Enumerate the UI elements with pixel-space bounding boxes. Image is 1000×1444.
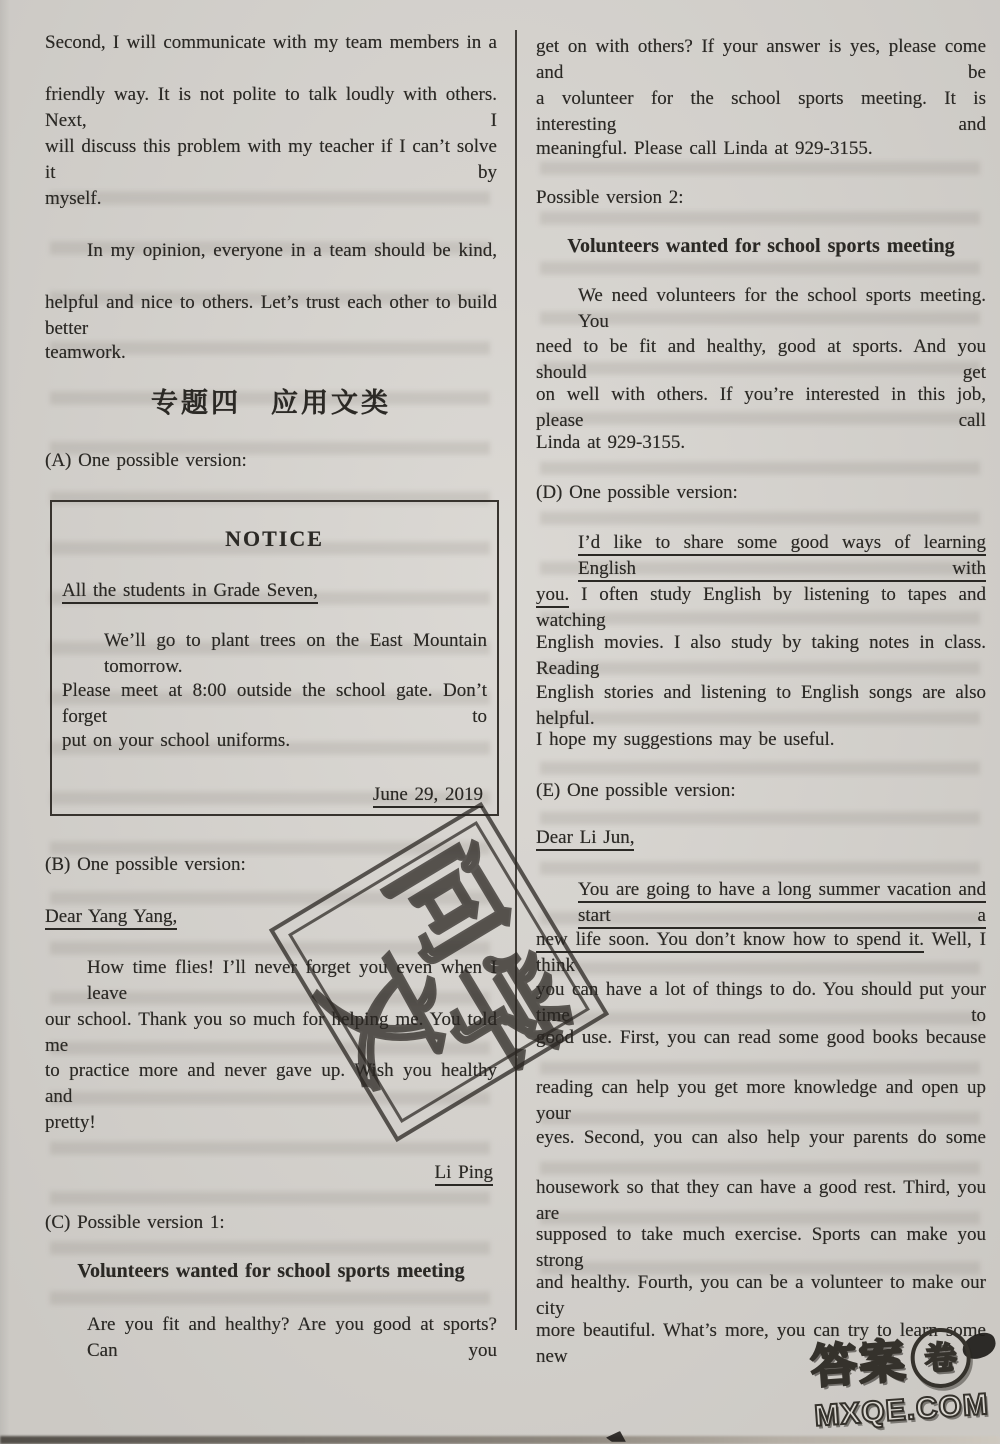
notice-box-content: NOTICEAll the students in Grade Seven,We… — [62, 502, 487, 814]
right-column-line-12: English movies. I also study by taking n… — [536, 630, 986, 682]
left-column-line-1: friendly way. It is not polite to talk l… — [45, 82, 497, 134]
right-column-line-11: you. I often study English by listening … — [536, 582, 986, 634]
left-column-line-4: In my opinion, everyone in a team should… — [45, 238, 497, 264]
answer-site-logo: 答案 卷 MXQE.COM — [809, 1323, 1000, 1433]
right-column-line-3: Possible version 2: — [536, 185, 986, 211]
left-column-line-7: 专题四 应用文类 — [45, 388, 497, 418]
right-column-line-17: You are going to have a long summer vaca… — [536, 877, 986, 929]
left-column-line-6: teamwork. — [45, 340, 497, 366]
left-column-line-8: (A) One possible version: — [45, 448, 497, 474]
right-column-line-6: need to be fit and healthy, good at spor… — [536, 334, 986, 386]
logo-circle-char: 卷 — [909, 1326, 973, 1390]
right-column-line-7: on well with others. If you’re intereste… — [536, 382, 986, 434]
left-column-line-13: to practice more and never gave up. Wish… — [45, 1058, 497, 1110]
right-column-line-14: I hope my suggestions may be useful. — [536, 727, 986, 753]
right-column-line-10: I’d like to share some good ways of lear… — [536, 530, 986, 582]
logo-brand-row: 答案 卷 — [809, 1323, 1000, 1397]
right-column-line-18: new life soon. You don’t know how to spe… — [536, 927, 986, 979]
scanned-answer-page: Second, I will communicate with my team … — [0, 0, 1000, 1444]
notice-box-line-2: We’ll go to plant trees on the East Moun… — [62, 628, 487, 680]
right-column-line-15: (E) One possible version: — [536, 778, 986, 804]
right-column-line-4: Volunteers wanted for school sports meet… — [536, 233, 986, 259]
right-column-line-16: Dear Li Jun, — [536, 825, 986, 851]
right-column-line-0: get on with others? If your answer is ye… — [536, 34, 986, 86]
right-column-line-9: (D) One possible version: — [536, 480, 986, 506]
left-column-line-0: Second, I will communicate with my team … — [45, 30, 497, 56]
left-column-line-9: (B) One possible version: — [45, 852, 497, 878]
left-column-line-2: will discuss this problem with my teache… — [45, 134, 497, 186]
right-column-line-1: a volunteer for the school sports meetin… — [536, 86, 986, 138]
notice-box: NOTICEAll the students in Grade Seven,We… — [50, 500, 499, 816]
right-column-line-23: housework so that they can have a good r… — [536, 1175, 986, 1227]
left-column-line-5: helpful and nice to others. Let’s trust … — [45, 290, 497, 342]
left-column-line-16: (C) Possible version 1: — [45, 1210, 497, 1236]
left-column-line-3: myself. — [45, 186, 497, 212]
right-column-line-19: you can have a lot of things to do. You … — [536, 977, 986, 1029]
notice-box-line-0: NOTICE — [62, 526, 487, 552]
right-column-line-5: We need volunteers for the school sports… — [536, 283, 986, 335]
notice-box-line-1: All the students in Grade Seven, — [62, 578, 487, 604]
logo-brand-text: 答案 — [809, 1335, 908, 1392]
left-column-line-14: pretty! — [45, 1110, 497, 1136]
left-column-line-15: Li Ping — [45, 1160, 497, 1186]
right-column-line-24: supposed to take much exercise. Sports c… — [536, 1222, 986, 1274]
right-column-line-13: English stories and listening to English… — [536, 680, 986, 732]
scan-bottom-edge — [0, 1436, 1000, 1444]
left-column-line-17: Volunteers wanted for school sports meet… — [45, 1258, 497, 1284]
notice-box-line-4: put on your school uniforms. — [62, 728, 487, 754]
left-column-line-10: Dear Yang Yang, — [45, 904, 497, 930]
right-column-line-22: eyes. Second, you can also help your par… — [536, 1125, 986, 1151]
left-column-line-18: Are you fit and healthy? Are you good at… — [45, 1312, 497, 1364]
right-column-line-20: good use. First, you can read some good … — [536, 1025, 986, 1051]
notice-box-line-3: Please meet at 8:00 outside the school g… — [62, 678, 487, 730]
notice-box-line-5: June 29, 2019 — [62, 782, 487, 808]
right-column-line-25: and healthy. Fourth, you can be a volunt… — [536, 1270, 986, 1322]
left-column-line-11: How time flies! I’ll never forget you ev… — [45, 955, 497, 1007]
left-column-line-12: our school. Thank you so much for helpin… — [45, 1007, 497, 1059]
right-column-line-21: reading can help you get more knowledge … — [536, 1075, 986, 1127]
right-column-line-8: Linda at 929-3155. — [536, 430, 986, 456]
right-column-line-2: meaningful. Please call Linda at 929-315… — [536, 136, 986, 162]
column-divider — [515, 30, 517, 1330]
right-column: get on with others? If your answer is ye… — [536, 0, 986, 1444]
